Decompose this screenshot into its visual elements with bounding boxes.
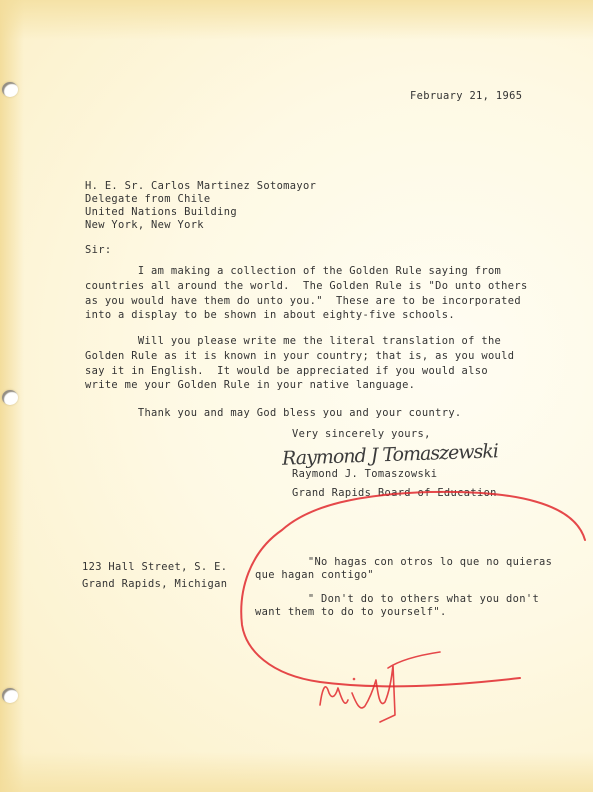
red-pencil-annotations [0, 0, 593, 792]
